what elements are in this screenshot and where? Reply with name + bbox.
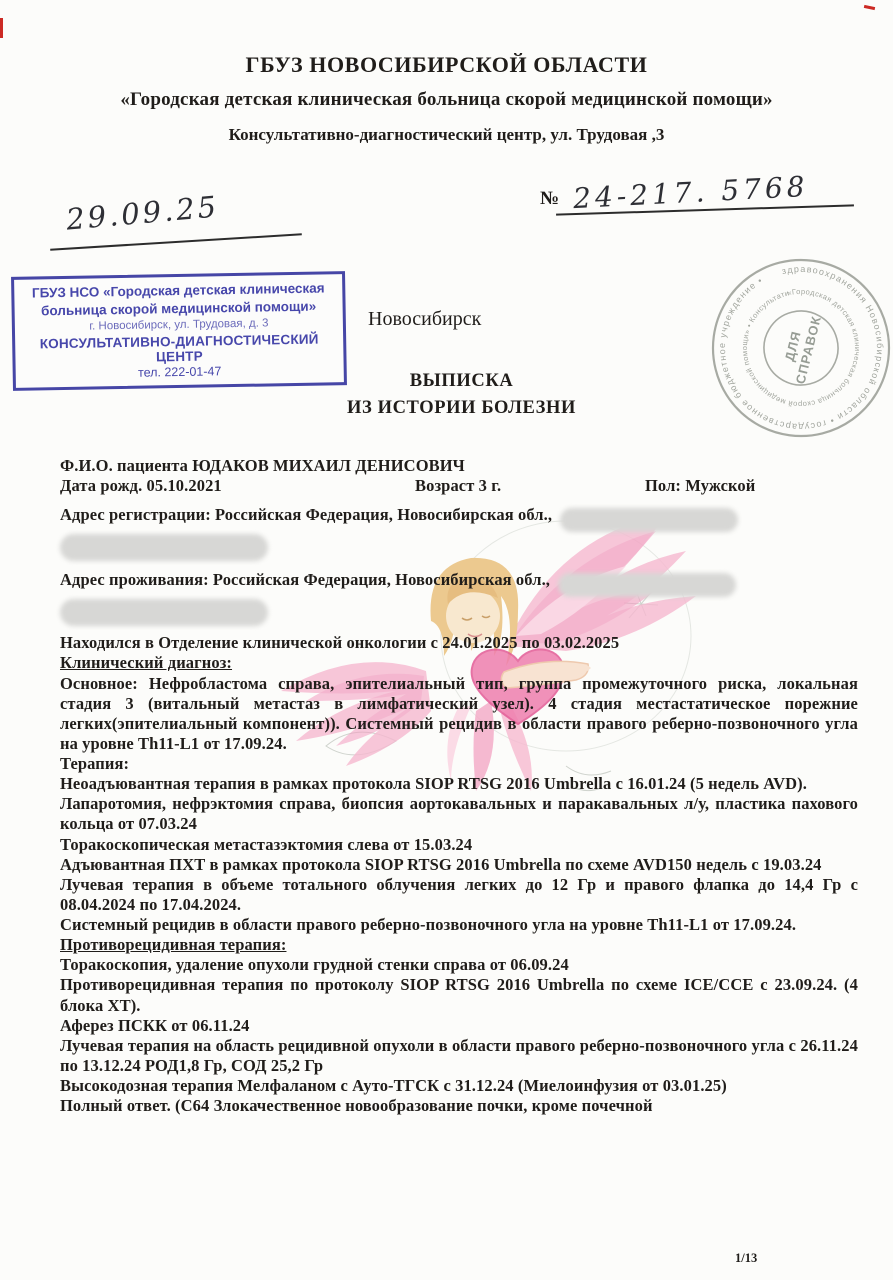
date-underline xyxy=(50,233,302,250)
document-body: Ф.И.О. пациента ЮДАКОВ МИХАИЛ ДЕНИСОВИЧ … xyxy=(60,456,858,1116)
diagnosis-heading: Клинический диагноз: xyxy=(60,653,858,673)
residence-address-row: Адрес проживания: Российская Федерация, … xyxy=(60,570,858,594)
relapse-therapy-item: Лучевая терапия на область рецидивной оп… xyxy=(60,1036,858,1076)
org-address-line: Консультативно-диагностический центр, ул… xyxy=(0,125,893,145)
residence-address: Адрес проживания: Российская Федерация, … xyxy=(60,570,550,590)
relapse-therapy-item: Торакоскопия, удаление опухоли грудной с… xyxy=(60,955,858,975)
therapy-item: Лапаротомия, нефрэктомия справа, биопсия… xyxy=(60,794,858,834)
redacted-address-blur xyxy=(60,534,268,561)
birth-date: Дата рожд. 05.10.2021 xyxy=(60,476,415,496)
therapy-item: Адъювантная ПХТ в рамках протокола SIOP … xyxy=(60,855,858,875)
redacted-address-blur xyxy=(560,508,738,532)
age: Возраст 3 г. xyxy=(415,476,645,496)
diagnosis-main: Основное: Нефробластома справа, эпителиа… xyxy=(60,674,858,755)
document-page: ГБУЗ НОВОСИБИРСКОЙ ОБЛАСТИ «Городская де… xyxy=(0,0,893,1280)
sex: Пол: Мужской xyxy=(645,476,755,496)
org-name-line2: «Городская детская клиническая больница … xyxy=(0,89,893,111)
registration-address-row: Адрес регистрации: Российская Федерация,… xyxy=(60,505,858,529)
relapse-therapy-item: Высокодозная терапия Мелфаланом с Ауто-Т… xyxy=(60,1076,858,1096)
patient-fio-line: Ф.И.О. пациента ЮДАКОВ МИХАИЛ ДЕНИСОВИЧ xyxy=(60,456,858,476)
fio-label: Ф.И.О. пациента xyxy=(60,456,188,475)
patient-name: ЮДАКОВ МИХАИЛ ДЕНИСОВИЧ xyxy=(192,456,465,475)
therapy-heading: Терапия: xyxy=(60,754,858,774)
page-number: 1/13 xyxy=(735,1251,757,1266)
relapse-therapy-item: Аферез ПСКК от 06.11.24 xyxy=(60,1016,858,1036)
number-sign: № xyxy=(540,188,559,210)
document-number-line: № 24-217. 5768 xyxy=(540,176,809,210)
therapy-item: Неоадъювантная терапия в рамках протокол… xyxy=(60,774,858,794)
therapy-item: Лучевая терапия в объеме тотального облу… xyxy=(60,875,858,915)
red-scan-mark-right xyxy=(864,5,875,10)
city-label: Новосибирск xyxy=(368,308,481,331)
redacted-address-blur xyxy=(558,573,736,597)
redacted-address-blur xyxy=(60,599,268,626)
red-scan-mark-left xyxy=(0,18,3,38)
letterhead: ГБУЗ НОВОСИБИРСКОЙ ОБЛАСТИ «Городская де… xyxy=(0,52,893,145)
relapse-therapy-item: Полный ответ. (С64 Злокачественное новоо… xyxy=(60,1096,858,1116)
stamp-center-name: КОНСУЛЬТАТИВНО-ДИАГНОСТИЧЕСКИЙ ЦЕНТР xyxy=(21,331,337,367)
therapy-item: Торакоскопическая метастазэктомия слева … xyxy=(60,835,858,855)
handwritten-document-number: 24-217. 5768 xyxy=(572,170,809,215)
therapy-item: Системный рецидив в области правого ребе… xyxy=(60,915,858,935)
relapse-therapy-heading: Противорецидивная терапия: xyxy=(60,935,858,955)
relapse-therapy-item: Противорецидивная терапия по протоколу S… xyxy=(60,975,858,1015)
org-name-line1: ГБУЗ НОВОСИБИРСКОЙ ОБЛАСТИ xyxy=(0,52,893,78)
handwritten-date: 29.09.25 xyxy=(65,189,221,236)
round-stamp: здравоохранения Новосибирской области • … xyxy=(708,252,893,444)
registration-address: Адрес регистрации: Российская Федерация,… xyxy=(60,505,552,525)
hospitalization-period: Находился в Отделение клинической онколо… xyxy=(60,633,858,653)
patient-info-row: Дата рожд. 05.10.2021 Возраст 3 г. Пол: … xyxy=(60,476,858,496)
